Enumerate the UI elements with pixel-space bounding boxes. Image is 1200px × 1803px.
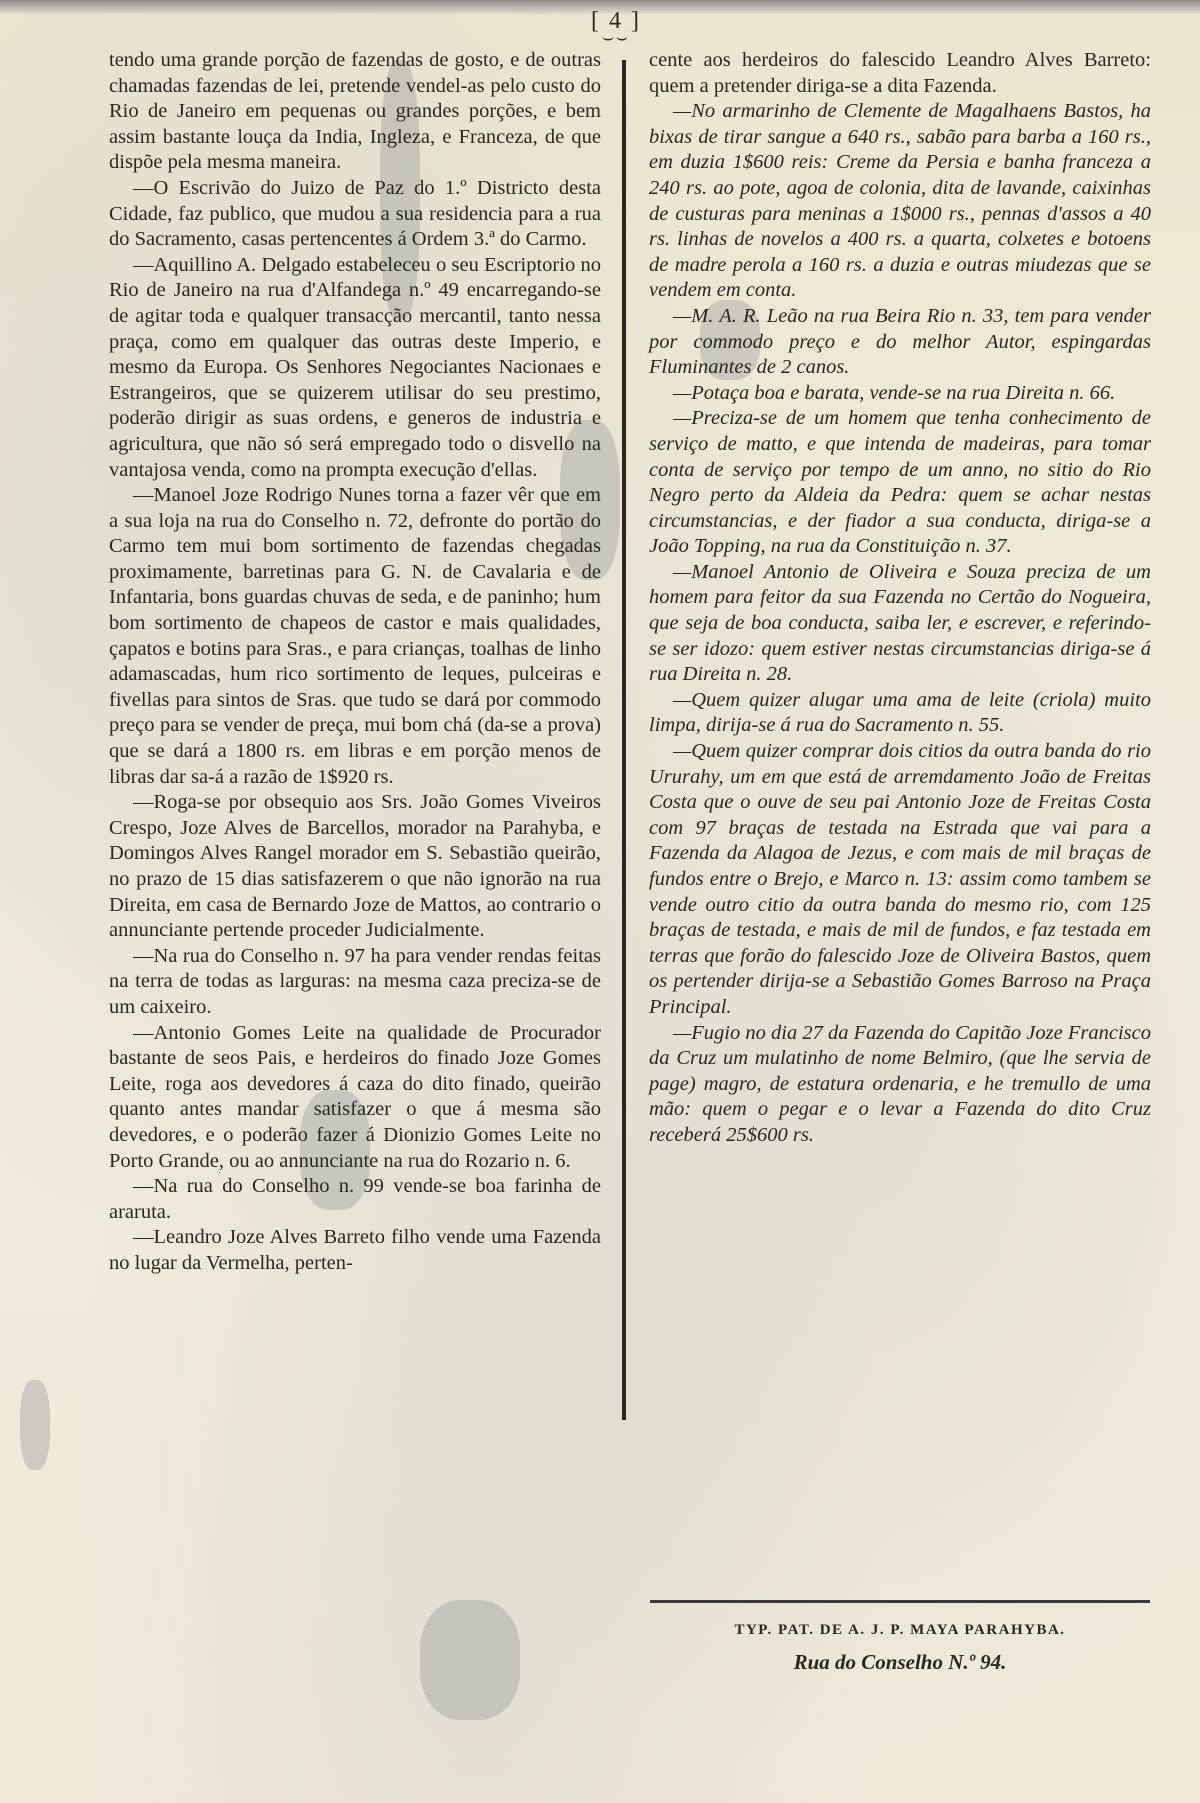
newspaper-page: [ 4 ] ⌣⌣ tendo uma grande porção de faze…: [0, 0, 1200, 1803]
printer-imprint: TYP. PAT. DE A. J. P. MAYA PARAHYBA.: [650, 1622, 1150, 1639]
article-paragraph: —Antonio Gomes Leite na qualidade de Pro…: [109, 1021, 601, 1175]
article-paragraph: —Na rua do Conselho n. 99 vende-se boa f…: [109, 1174, 601, 1225]
article-paragraph: —Potaça boa e barata, vende-se na rua Di…: [649, 381, 1151, 407]
water-stain: [420, 1600, 520, 1720]
right-column: cente aos herdeiros do falescido Leandro…: [649, 48, 1151, 1149]
article-paragraph: —No armarinho de Clemente de Magalhaens …: [649, 99, 1151, 304]
water-stain: [20, 1380, 50, 1470]
article-paragraph: —Manoel Antonio de Oliveira e Souza prec…: [649, 560, 1151, 688]
article-paragraph: —Quem quizer comprar dois citios da outr…: [649, 739, 1151, 1021]
imprint-rule: [650, 1600, 1150, 1603]
article-paragraph: —Na rua do Conselho n. 97 ha para vender…: [109, 944, 601, 1021]
printer-address: Rua do Conselho N.º 94.: [650, 1650, 1150, 1675]
article-paragraph: —Manoel Joze Rodrigo Nunes torna a fazer…: [109, 483, 601, 790]
left-column: tendo uma grande porção de fazendas de g…: [109, 48, 601, 1277]
column-divider: [622, 60, 626, 1420]
article-paragraph: —Preciza-se de um homem que tenha conhec…: [649, 406, 1151, 560]
page-number: [ 4 ] ⌣⌣: [586, 8, 646, 41]
article-paragraph: —O Escrivão do Juizo de Paz do 1.º Distr…: [109, 176, 601, 253]
page-number-ornament: ⌣⌣: [586, 33, 646, 41]
article-paragraph: tendo uma grande porção de fazendas de g…: [109, 48, 601, 176]
article-paragraph: —Quem quizer alugar uma ama de leite (cr…: [649, 688, 1151, 739]
article-paragraph: —Aquillino A. Delgado estabeleceu o seu …: [109, 253, 601, 483]
article-paragraph: —M. A. R. Leão na rua Beira Rio n. 33, t…: [649, 304, 1151, 381]
article-paragraph: —Fugio no dia 27 da Fazenda do Capitão J…: [649, 1021, 1151, 1149]
article-paragraph: cente aos herdeiros do falescido Leandro…: [649, 48, 1151, 99]
article-paragraph: —Leandro Joze Alves Barreto filho vende …: [109, 1225, 601, 1276]
article-paragraph: —Roga-se por obsequio aos Srs. João Gome…: [109, 790, 601, 944]
